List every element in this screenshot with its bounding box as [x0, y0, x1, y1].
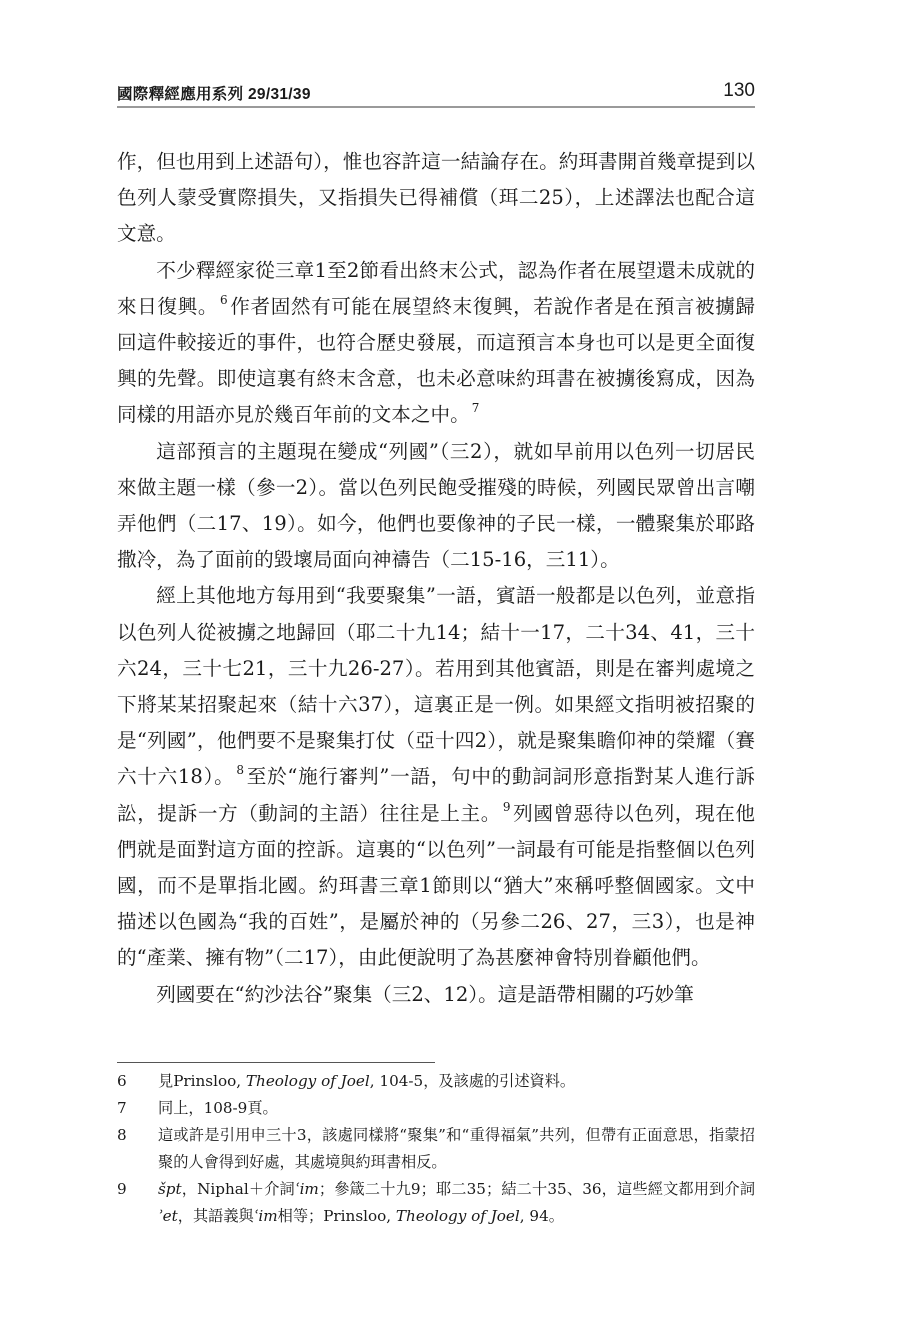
body-text: 作，但也用到上述語句），惟也容許這一結論存在。約珥書開首幾章提到以色列人蒙受實際… [117, 144, 755, 1013]
footnote: 7 同上，108-9頁。 [117, 1095, 755, 1122]
footnote: 8 這或許是引用申三十3，該處同樣將“聚集”和“重得福氣”共列，但帶有正面意思，… [117, 1122, 755, 1176]
footnote-text: 這或許是引用申三十3，該處同樣將“聚集”和“重得福氣”共列，但帶有正面意思，指蒙… [158, 1126, 755, 1171]
text-run: 這部預言的主題現在變成“列國”（三2），就如早前用以色列一切居民來做主題一樣（參… [117, 440, 755, 572]
text-run: , 94。 [520, 1207, 564, 1225]
italic-text: ʿim [254, 1207, 278, 1225]
footnote-number: 8 [117, 1122, 127, 1149]
footnote-marker: 8 [236, 763, 244, 777]
running-head: 國際釋經應用系列 29/31/39 130 [117, 80, 755, 106]
paragraph: 列國要在“約沙法谷”聚集（三2、12）。這是語帶相關的巧妙筆 [117, 977, 755, 1013]
text-run: 相等；Prinsloo, [278, 1207, 396, 1225]
footnote-number: 6 [117, 1068, 127, 1095]
italic-text: špt [158, 1180, 182, 1198]
footnote: 9 špt，Niphal＋介詞ʿim；參箴二十九9；耶二35；結二十35、36，… [117, 1176, 755, 1230]
text-run: 這或許是引用申三十3，該處同樣將“聚集”和“重得福氣”共列，但帶有正面意思，指蒙… [158, 1126, 755, 1171]
footnote-marker: 9 [503, 800, 511, 814]
italic-text: ʿim [295, 1180, 319, 1198]
text-run: 同上，108-9頁。 [158, 1099, 278, 1117]
footnote: 6 見Prinsloo, Theology of Joel, 104-5，及該處… [117, 1068, 755, 1095]
footnote-marker: 6 [220, 293, 228, 307]
paragraph: 經上其他地方每用到“我要聚集”一語，賓語一般都是以色列，並意指以色列人從被擄之地… [117, 578, 755, 976]
header-rule [117, 106, 755, 108]
series-title: 國際釋經應用系列 29/31/39 [117, 82, 311, 104]
footnotes: 6 見Prinsloo, Theology of Joel, 104-5，及該處… [117, 1068, 755, 1230]
footnote-text: 同上，108-9頁。 [158, 1099, 278, 1117]
text-run: ，Niphal＋介詞 [182, 1180, 295, 1198]
text-run: 見Prinsloo, [158, 1072, 246, 1090]
footnote-rule [117, 1062, 435, 1063]
text-run: ，其語義與 [178, 1207, 254, 1225]
text-run: 經上其他地方每用到“我要聚集”一語，賓語一般都是以色列，並意指以色列人從被擄之地… [117, 584, 755, 788]
paragraph: 不少釋經家從三章1至2節看出終末公式，認為作者在展望還未成就的來日復興。6作者固… [117, 253, 755, 434]
paragraph: 作，但也用到上述語句），惟也容許這一結論存在。約珥書開首幾章提到以色列人蒙受實際… [117, 144, 755, 253]
text-run: 列國要在“約沙法谷”聚集（三2、12）。這是語帶相關的巧妙筆 [156, 983, 693, 1006]
paragraph: 這部預言的主題現在變成“列國”（三2），就如早前用以色列一切居民來做主題一樣（參… [117, 434, 755, 579]
italic-text: Theology of Joel [246, 1072, 370, 1090]
page-number: 130 [723, 80, 755, 102]
text-run: ；參箴二十九9；耶二35；結二十35、36，這些經文都用到介詞 [319, 1180, 755, 1198]
footnote-text: 見Prinsloo, Theology of Joel, 104-5，及該處的引… [158, 1072, 575, 1090]
italic-text: Theology of Joel [396, 1207, 520, 1225]
footnote-number: 9 [117, 1176, 127, 1203]
italic-text: ʾet [158, 1207, 178, 1225]
footnote-number: 7 [117, 1095, 127, 1122]
footnote-marker: 7 [472, 401, 480, 415]
footnote-text: špt，Niphal＋介詞ʿim；參箴二十九9；耶二35；結二十35、36，這些… [158, 1180, 755, 1225]
text-run: 作，但也用到上述語句），惟也容許這一結論存在。約珥書開首幾章提到以色列人蒙受實際… [117, 150, 755, 245]
text-run: 列國曾惡待以色列，現在他們就是面對這方面的控訴。這裏的“以色列”一詞最有可能是指… [117, 802, 755, 970]
text-run: , 104-5，及該處的引述資料。 [370, 1072, 575, 1090]
